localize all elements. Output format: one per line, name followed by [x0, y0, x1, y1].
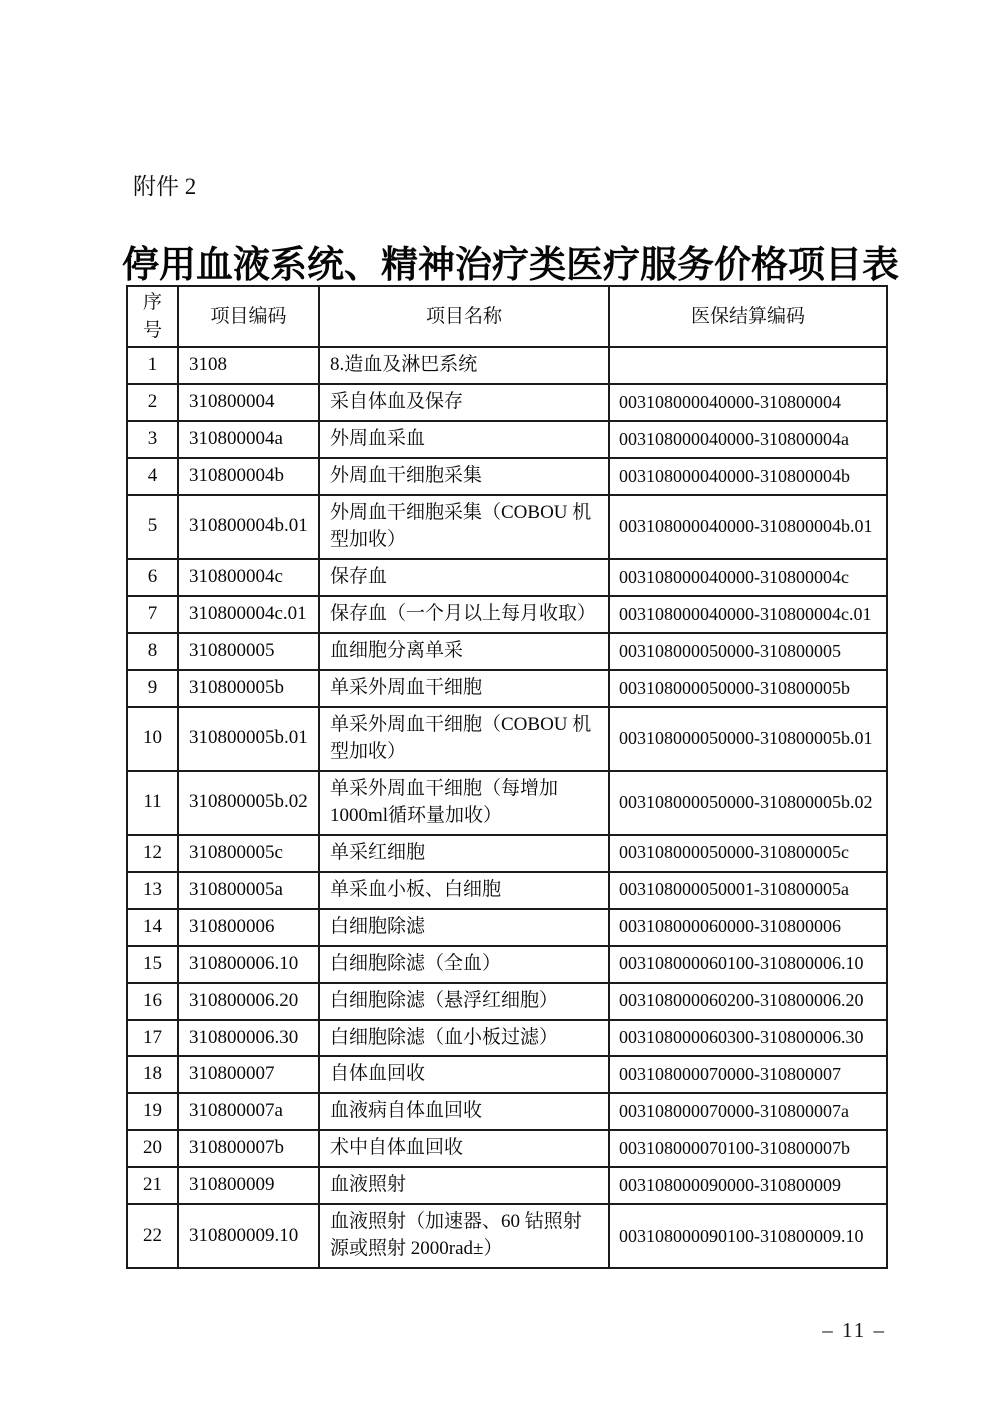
table-row: 16310800006.20白细胞除滤（悬浮红细胞）00310800006020…	[127, 983, 887, 1020]
cell-item-code: 310800005b.01	[178, 707, 319, 771]
cell-item-name: 单采外周血干细胞（COBOU 机型加收）	[319, 707, 609, 771]
cell-item-code: 310800007	[178, 1056, 319, 1093]
table-row: 18310800007自体血回收003108000070000-31080000…	[127, 1056, 887, 1093]
table-row: 2310800004采自体血及保存003108000040000-3108000…	[127, 384, 887, 421]
cell-item-name: 外周血采血	[319, 421, 609, 458]
table-row: 3310800004a外周血采血003108000040000-31080000…	[127, 421, 887, 458]
cell-seq-no: 13	[127, 872, 178, 909]
cell-insurance-code: 003108000050001-310800005a	[609, 872, 887, 909]
page-number: – 11 –	[126, 1318, 886, 1343]
header-item-code: 项目编码	[178, 286, 319, 347]
cell-seq-no: 20	[127, 1130, 178, 1167]
table-row: 9310800005b单采外周血干细胞003108000050000-31080…	[127, 670, 887, 707]
table-row: 20310800007b术中自体血回收003108000070100-31080…	[127, 1130, 887, 1167]
cell-seq-no: 22	[127, 1204, 178, 1268]
cell-item-name: 白细胞除滤（血小板过滤）	[319, 1020, 609, 1057]
cell-item-name: 血液照射	[319, 1167, 609, 1204]
cell-seq-no: 16	[127, 983, 178, 1020]
cell-insurance-code: 003108000050000-310800005	[609, 633, 887, 670]
cell-item-code: 310800005c	[178, 835, 319, 872]
table-row: 22310800009.10血液照射（加速器、60 钴照射源或照射 2000ra…	[127, 1204, 887, 1268]
cell-insurance-code: 003108000050000-310800005b.01	[609, 707, 887, 771]
page-title: 停用血液系统、精神治疗类医疗服务价格项目表	[122, 234, 888, 288]
cell-insurance-code: 003108000040000-310800004c	[609, 559, 887, 596]
cell-item-name: 外周血干细胞采集	[319, 458, 609, 495]
cell-item-code: 310800004c.01	[178, 596, 319, 633]
cell-item-code: 310800007a	[178, 1093, 319, 1130]
header-row: 序号 项目编码 项目名称 医保结算编码	[127, 286, 887, 347]
cell-insurance-code: 003108000040000-310800004	[609, 384, 887, 421]
header-seq-no: 序号	[127, 286, 178, 347]
cell-item-name: 单采外周血干细胞	[319, 670, 609, 707]
table-row: 12310800005c单采红细胞003108000050000-3108000…	[127, 835, 887, 872]
table-row: 11310800005b.02单采外周血干细胞（每增加 1000ml循环量加收）…	[127, 771, 887, 835]
cell-item-code: 3108	[178, 347, 319, 384]
cell-insurance-code: 003108000090000-310800009	[609, 1167, 887, 1204]
cell-seq-no: 9	[127, 670, 178, 707]
cell-item-code: 310800004b	[178, 458, 319, 495]
cell-seq-no: 6	[127, 559, 178, 596]
table-row: 19310800007a血液病自体血回收003108000070000-3108…	[127, 1093, 887, 1130]
cell-item-name: 白细胞除滤（悬浮红细胞）	[319, 983, 609, 1020]
table-row: 14310800006白细胞除滤003108000060000-31080000…	[127, 909, 887, 946]
cell-insurance-code: 003108000060000-310800006	[609, 909, 887, 946]
cell-item-name: 白细胞除滤（全血）	[319, 946, 609, 983]
cell-item-name: 保存血（一个月以上每月收取）	[319, 596, 609, 633]
price-items-table: 序号 项目编码 项目名称 医保结算编码 131088.造血及淋巴系统231080…	[126, 285, 888, 1269]
cell-item-code: 310800004b.01	[178, 495, 319, 559]
cell-seq-no: 17	[127, 1020, 178, 1057]
cell-insurance-code: 003108000070100-310800007b	[609, 1130, 887, 1167]
table-body: 131088.造血及淋巴系统2310800004采自体血及保存003108000…	[127, 347, 887, 1268]
cell-item-code: 310800009	[178, 1167, 319, 1204]
cell-item-name: 血液照射（加速器、60 钴照射源或照射 2000rad±）	[319, 1204, 609, 1268]
cell-item-name: 血细胞分离单采	[319, 633, 609, 670]
cell-seq-no: 5	[127, 495, 178, 559]
cell-item-name: 外周血干细胞采集（COBOU 机型加收）	[319, 495, 609, 559]
cell-insurance-code: 003108000040000-310800004b	[609, 458, 887, 495]
table-row: 13310800005a单采血小板、白细胞003108000050001-310…	[127, 872, 887, 909]
cell-insurance-code: 003108000040000-310800004c.01	[609, 596, 887, 633]
cell-seq-no: 4	[127, 458, 178, 495]
table-row: 10310800005b.01单采外周血干细胞（COBOU 机型加收）00310…	[127, 707, 887, 771]
cell-item-name: 单采外周血干细胞（每增加 1000ml循环量加收）	[319, 771, 609, 835]
cell-item-name: 白细胞除滤	[319, 909, 609, 946]
cell-insurance-code: 003108000070000-310800007a	[609, 1093, 887, 1130]
table-row: 131088.造血及淋巴系统	[127, 347, 887, 384]
cell-item-name: 采自体血及保存	[319, 384, 609, 421]
cell-item-code: 310800004	[178, 384, 319, 421]
cell-seq-no: 14	[127, 909, 178, 946]
table-row: 8310800005血细胞分离单采003108000050000-3108000…	[127, 633, 887, 670]
cell-item-code: 310800006.10	[178, 946, 319, 983]
cell-insurance-code: 003108000050000-310800005c	[609, 835, 887, 872]
cell-seq-no: 21	[127, 1167, 178, 1204]
cell-item-name: 术中自体血回收	[319, 1130, 609, 1167]
cell-item-name: 自体血回收	[319, 1056, 609, 1093]
cell-insurance-code: 003108000060300-310800006.30	[609, 1020, 887, 1057]
header-seq-no-label: 序号	[142, 289, 164, 344]
table-row: 5310800004b.01外周血干细胞采集（COBOU 机型加收）003108…	[127, 495, 887, 559]
cell-seq-no: 10	[127, 707, 178, 771]
cell-item-code: 310800006.20	[178, 983, 319, 1020]
cell-item-code: 310800007b	[178, 1130, 319, 1167]
table-row: 6310800004c保存血003108000040000-310800004c	[127, 559, 887, 596]
cell-item-code: 310800005a	[178, 872, 319, 909]
attachment-label: 附件 2	[133, 168, 196, 201]
cell-item-code: 310800006.30	[178, 1020, 319, 1057]
cell-insurance-code: 003108000090100-310800009.10	[609, 1204, 887, 1268]
cell-item-name: 血液病自体血回收	[319, 1093, 609, 1130]
cell-insurance-code: 003108000040000-310800004a	[609, 421, 887, 458]
cell-item-code: 310800004c	[178, 559, 319, 596]
cell-seq-no: 2	[127, 384, 178, 421]
cell-item-code: 310800005	[178, 633, 319, 670]
cell-insurance-code: 003108000070000-310800007	[609, 1056, 887, 1093]
table-header: 序号 项目编码 项目名称 医保结算编码	[127, 286, 887, 347]
cell-insurance-code: 003108000060100-310800006.10	[609, 946, 887, 983]
cell-insurance-code: 003108000050000-310800005b.02	[609, 771, 887, 835]
header-item-name: 项目名称	[319, 286, 609, 347]
cell-insurance-code: 003108000050000-310800005b	[609, 670, 887, 707]
cell-item-code: 310800005b	[178, 670, 319, 707]
header-insurance-code: 医保结算编码	[609, 286, 887, 347]
cell-item-name: 单采红细胞	[319, 835, 609, 872]
cell-item-code: 310800006	[178, 909, 319, 946]
cell-item-name: 8.造血及淋巴系统	[319, 347, 609, 384]
table-row: 4310800004b外周血干细胞采集003108000040000-31080…	[127, 458, 887, 495]
cell-seq-no: 7	[127, 596, 178, 633]
cell-item-name: 单采血小板、白细胞	[319, 872, 609, 909]
table-row: 17310800006.30白细胞除滤（血小板过滤）00310800006030…	[127, 1020, 887, 1057]
cell-seq-no: 11	[127, 771, 178, 835]
cell-seq-no: 18	[127, 1056, 178, 1093]
cell-insurance-code	[609, 347, 887, 384]
table-row: 21310800009血液照射003108000090000-310800009	[127, 1167, 887, 1204]
table-row: 7310800004c.01保存血（一个月以上每月收取）003108000040…	[127, 596, 887, 633]
cell-item-code: 310800004a	[178, 421, 319, 458]
cell-insurance-code: 003108000040000-310800004b.01	[609, 495, 887, 559]
cell-insurance-code: 003108000060200-310800006.20	[609, 983, 887, 1020]
document-page: 附件 2 停用血液系统、精神治疗类医疗服务价格项目表 序号 项目编码 项目名称 …	[0, 0, 1000, 1414]
cell-item-code: 310800005b.02	[178, 771, 319, 835]
cell-seq-no: 19	[127, 1093, 178, 1130]
cell-seq-no: 15	[127, 946, 178, 983]
cell-item-name: 保存血	[319, 559, 609, 596]
table-row: 15310800006.10白细胞除滤（全血）003108000060100-3…	[127, 946, 887, 983]
cell-seq-no: 3	[127, 421, 178, 458]
cell-seq-no: 12	[127, 835, 178, 872]
cell-seq-no: 8	[127, 633, 178, 670]
cell-seq-no: 1	[127, 347, 178, 384]
cell-item-code: 310800009.10	[178, 1204, 319, 1268]
